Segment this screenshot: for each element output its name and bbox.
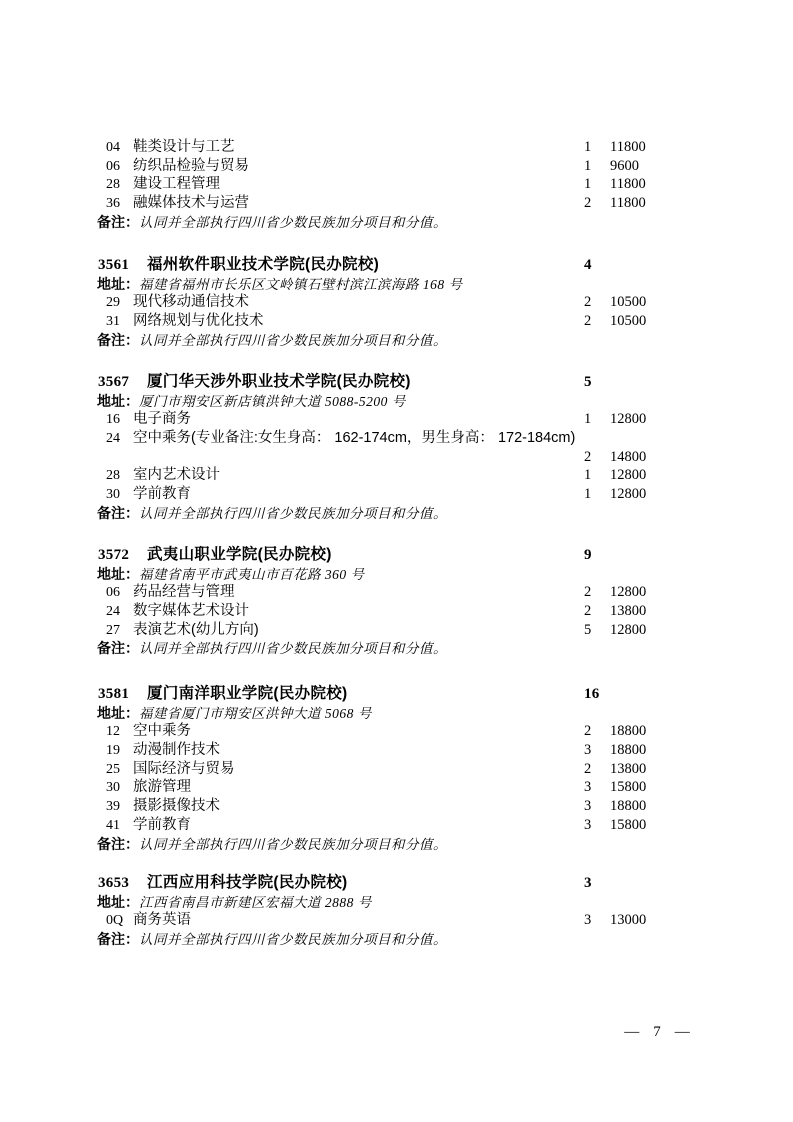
institution-total: 16 — [584, 685, 600, 704]
document-page: 04鞋类设计与工艺 1 11800 06纺织品检验与贸易 1 9600 28建设… — [0, 0, 793, 1122]
program-row: 25国际经济与贸易 2 13800 — [0, 760, 793, 779]
program-row: 06纺织品检验与贸易 1 9600 — [0, 157, 793, 176]
program-fee: 18800 — [610, 797, 646, 816]
address-line: 地址：江西省南昌市新建区宏福大道 2888 号 — [0, 893, 793, 912]
remark-label: 备注： — [97, 505, 139, 521]
program-count: 1 — [584, 485, 591, 504]
program-name: 国际经济与贸易 — [133, 761, 235, 777]
program-count: 2 — [584, 194, 591, 213]
program-fee: 10500 — [610, 312, 646, 331]
program-row: 28建设工程管理 1 11800 — [0, 175, 793, 194]
program-count: 5 — [584, 621, 591, 640]
page-number-value: 7 — [653, 1024, 661, 1040]
program-count: 2 — [584, 448, 591, 467]
program-code: 0Q — [106, 912, 133, 931]
program-code: 12 — [106, 723, 133, 742]
program-code: 31 — [106, 313, 133, 332]
program-row: 27表演艺术(幼儿方向) 5 12800 — [0, 621, 793, 640]
program-code: 27 — [106, 622, 133, 641]
program-name: 电子商务 — [133, 411, 191, 427]
program-fee: 18800 — [610, 722, 646, 741]
remark-text: 认同并全部执行四川省少数民族加分项目和分值。 — [139, 215, 447, 230]
address-label: 地址： — [97, 705, 139, 721]
program-name: 数字媒体艺术设计 — [133, 603, 249, 619]
program-row: 06药品经营与管理 2 12800 — [0, 583, 793, 602]
program-name: 融媒体技术与运营 — [133, 195, 249, 211]
program-code: 28 — [106, 176, 133, 195]
program-count: 3 — [584, 911, 591, 930]
program-count: 3 — [584, 778, 591, 797]
institution-header: 3572武夷山职业学院(民办院校) 9 — [0, 546, 793, 565]
program-row: 31网络规划与优化技术 2 10500 — [0, 312, 793, 331]
address-label: 地址： — [97, 566, 139, 582]
program-code: 30 — [106, 779, 133, 798]
page-number-dash-right: — — [675, 1024, 690, 1040]
program-count: 2 — [584, 722, 591, 741]
program-name: 动漫制作技术 — [133, 742, 220, 758]
program-name: 空中乘务(专业备注:女生身高： 162-174cm，男生身高： 172-184c… — [133, 430, 575, 446]
remark-label: 备注： — [97, 640, 139, 656]
program-fee: 12800 — [610, 583, 646, 602]
institution-header: 3561福州软件职业技术学院(民办院校) 4 — [0, 256, 793, 275]
address-text: 福建省厦门市翔安区洪钟大道 5068 号 — [139, 706, 372, 721]
program-count: 1 — [584, 466, 591, 485]
program-name: 纺织品检验与贸易 — [133, 158, 249, 174]
program-row: 19动漫制作技术 3 18800 — [0, 741, 793, 760]
program-code: 16 — [106, 411, 133, 430]
institution-name: 武夷山职业学院(民办院校) — [147, 546, 332, 563]
address-line: 地址：厦门市翔安区新店镇洪钟大道 5088-5200 号 — [0, 392, 793, 411]
program-count: 2 — [584, 583, 591, 602]
institution-section: 3653江西应用科技学院(民办院校) 3 地址：江西省南昌市新建区宏福大道 28… — [0, 874, 793, 949]
program-name: 商务英语 — [133, 912, 191, 928]
address-label: 地址： — [97, 276, 139, 292]
remark-text: 认同并全部执行四川省少数民族加分项目和分值。 — [139, 837, 447, 852]
program-row: 12空中乘务 2 18800 — [0, 722, 793, 741]
institution-name: 厦门华天涉外职业技术学院(民办院校) — [147, 373, 411, 390]
program-row: 30旅游管理 3 15800 — [0, 778, 793, 797]
remark-text: 认同并全部执行四川省少数民族加分项目和分值。 — [139, 506, 447, 521]
institution-section: 04鞋类设计与工艺 1 11800 06纺织品检验与贸易 1 9600 28建设… — [0, 138, 793, 231]
program-name: 学前教育 — [133, 486, 191, 502]
program-name: 摄影摄像技术 — [133, 798, 220, 814]
program-count: 3 — [584, 741, 591, 760]
remark-line: 备注：认同并全部执行四川省少数民族加分项目和分值。 — [0, 835, 793, 854]
program-name: 空中乘务 — [133, 723, 191, 739]
program-count: 3 — [584, 816, 591, 835]
institution-header: 3653江西应用科技学院(民办院校) 3 — [0, 874, 793, 893]
program-fee: 12800 — [610, 410, 646, 429]
address-line: 地址：福建省厦门市翔安区洪钟大道 5068 号 — [0, 704, 793, 723]
program-fee: 15800 — [610, 816, 646, 835]
program-code: 36 — [106, 195, 133, 214]
program-row: 16电子商务 1 12800 — [0, 410, 793, 429]
institution-section: 3561福州软件职业技术学院(民办院校) 4 地址：福建省福州市长乐区文岭镇石壁… — [0, 256, 793, 349]
remark-text: 认同并全部执行四川省少数民族加分项目和分值。 — [139, 641, 447, 656]
program-count: 1 — [584, 410, 591, 429]
remark-label: 备注： — [97, 931, 139, 947]
program-code: 06 — [106, 584, 133, 603]
program-count: 2 — [584, 312, 591, 331]
institution-code: 3653 — [98, 874, 147, 893]
remark-text: 认同并全部执行四川省少数民族加分项目和分值。 — [139, 932, 447, 947]
address-label: 地址： — [97, 393, 139, 409]
program-count: 2 — [584, 602, 591, 621]
program-fee: 13000 — [610, 911, 646, 930]
remark-text: 认同并全部执行四川省少数民族加分项目和分值。 — [139, 333, 447, 348]
program-fee: 13800 — [610, 602, 646, 621]
institution-header: 3581厦门南洋职业学院(民办院校) 16 — [0, 685, 793, 704]
program-count: 3 — [584, 797, 591, 816]
program-row: 28室内艺术设计 1 12800 — [0, 466, 793, 485]
program-code: 25 — [106, 761, 133, 780]
address-text: 厦门市翔安区新店镇洪钟大道 5088-5200 号 — [139, 394, 406, 409]
program-count: 1 — [584, 157, 591, 176]
program-fee: 14800 — [610, 448, 646, 467]
program-code: 28 — [106, 467, 133, 486]
program-row: 24数字媒体艺术设计 2 13800 — [0, 602, 793, 621]
program-name: 现代移动通信技术 — [133, 294, 249, 310]
program-row: 36融媒体技术与运营 2 11800 — [0, 194, 793, 213]
program-count: 1 — [584, 138, 591, 157]
program-name: 室内艺术设计 — [133, 467, 220, 483]
program-code: 24 — [106, 603, 133, 622]
address-text: 福建省南平市武夷山市百花路 360 号 — [139, 567, 365, 582]
remark-line: 备注：认同并全部执行四川省少数民族加分项目和分值。 — [0, 504, 793, 523]
institution-code: 3567 — [98, 373, 147, 392]
program-name: 药品经营与管理 — [133, 584, 235, 600]
program-fee: 11800 — [610, 194, 646, 213]
address-text: 福建省福州市长乐区文岭镇石壁村滨江滨海路 168 号 — [139, 277, 463, 292]
institution-section: 3567厦门华天涉外职业技术学院(民办院校) 5 地址：厦门市翔安区新店镇洪钟大… — [0, 373, 793, 523]
page-number-dash-left: — — [624, 1024, 639, 1040]
program-row: 04鞋类设计与工艺 1 11800 — [0, 138, 793, 157]
program-row: 29现代移动通信技术 2 10500 — [0, 293, 793, 312]
program-name: 表演艺术(幼儿方向) — [133, 622, 259, 638]
program-count: 2 — [584, 760, 591, 779]
institution-name: 江西应用科技学院(民办院校) — [147, 874, 348, 891]
program-name: 鞋类设计与工艺 — [133, 139, 235, 155]
program-row: 39摄影摄像技术 3 18800 — [0, 797, 793, 816]
institution-code: 3572 — [98, 546, 147, 565]
remark-line: 备注：认同并全部执行四川省少数民族加分项目和分值。 — [0, 639, 793, 658]
program-name: 网络规划与优化技术 — [133, 313, 264, 329]
institution-code: 3581 — [98, 685, 147, 704]
program-name: 旅游管理 — [133, 779, 191, 795]
address-line: 地址：福建省福州市长乐区文岭镇石壁村滨江滨海路 168 号 — [0, 275, 793, 294]
remark-label: 备注： — [97, 214, 139, 230]
remark-line: 备注：认同并全部执行四川省少数民族加分项目和分值。 — [0, 331, 793, 350]
program-code: 29 — [106, 294, 133, 313]
institution-section: 3572武夷山职业学院(民办院校) 9 地址：福建省南平市武夷山市百花路 360… — [0, 546, 793, 658]
program-name: 建设工程管理 — [133, 176, 220, 192]
institution-code: 3561 — [98, 256, 147, 275]
institution-name: 福州软件职业技术学院(民办院校) — [147, 256, 379, 273]
remark-line: 备注：认同并全部执行四川省少数民族加分项目和分值。 — [0, 930, 793, 949]
program-row: 30学前教育 1 12800 — [0, 485, 793, 504]
page-number: —7— — [597, 1022, 717, 1042]
program-code: 19 — [106, 742, 133, 761]
program-row: 41学前教育 3 15800 — [0, 816, 793, 835]
program-row: 0Q商务英语 3 13000 — [0, 911, 793, 930]
program-code: 04 — [106, 139, 133, 158]
institution-section: 3581厦门南洋职业学院(民办院校) 16 地址：福建省厦门市翔安区洪钟大道 5… — [0, 685, 793, 853]
remark-label: 备注： — [97, 836, 139, 852]
address-label: 地址： — [97, 894, 139, 910]
institution-name: 厦门南洋职业学院(民办院校) — [147, 685, 348, 702]
program-fee: 12800 — [610, 621, 646, 640]
program-fee: 12800 — [610, 485, 646, 504]
program-code: 06 — [106, 158, 133, 177]
program-code: 24 — [106, 430, 133, 449]
institution-total: 5 — [584, 373, 592, 392]
institution-header: 3567厦门华天涉外职业技术学院(民办院校) 5 — [0, 373, 793, 392]
program-count: 2 — [584, 293, 591, 312]
program-row: 24空中乘务(专业备注:女生身高： 162-174cm，男生身高： 172-18… — [0, 429, 793, 448]
program-code: 39 — [106, 798, 133, 817]
institution-total: 4 — [584, 256, 592, 275]
program-fee: 11800 — [610, 175, 646, 194]
remark-line: 备注：认同并全部执行四川省少数民族加分项目和分值。 — [0, 213, 793, 232]
program-code: 30 — [106, 486, 133, 505]
program-fee: 12800 — [610, 466, 646, 485]
program-fee: 10500 — [610, 293, 646, 312]
program-code: 41 — [106, 817, 133, 836]
remark-label: 备注： — [97, 332, 139, 348]
program-fee: 9600 — [610, 157, 639, 176]
address-line: 地址：福建省南平市武夷山市百花路 360 号 — [0, 565, 793, 584]
institution-total: 3 — [584, 874, 592, 893]
program-fee: 11800 — [610, 138, 646, 157]
institution-total: 9 — [584, 546, 592, 565]
program-fee: 18800 — [610, 741, 646, 760]
program-name: 学前教育 — [133, 817, 191, 833]
address-text: 江西省南昌市新建区宏福大道 2888 号 — [139, 895, 372, 910]
program-fee: 15800 — [610, 778, 646, 797]
program-fee: 13800 — [610, 760, 646, 779]
program-row-wrapped-values: 2 14800 — [0, 448, 793, 467]
program-count: 1 — [584, 175, 591, 194]
